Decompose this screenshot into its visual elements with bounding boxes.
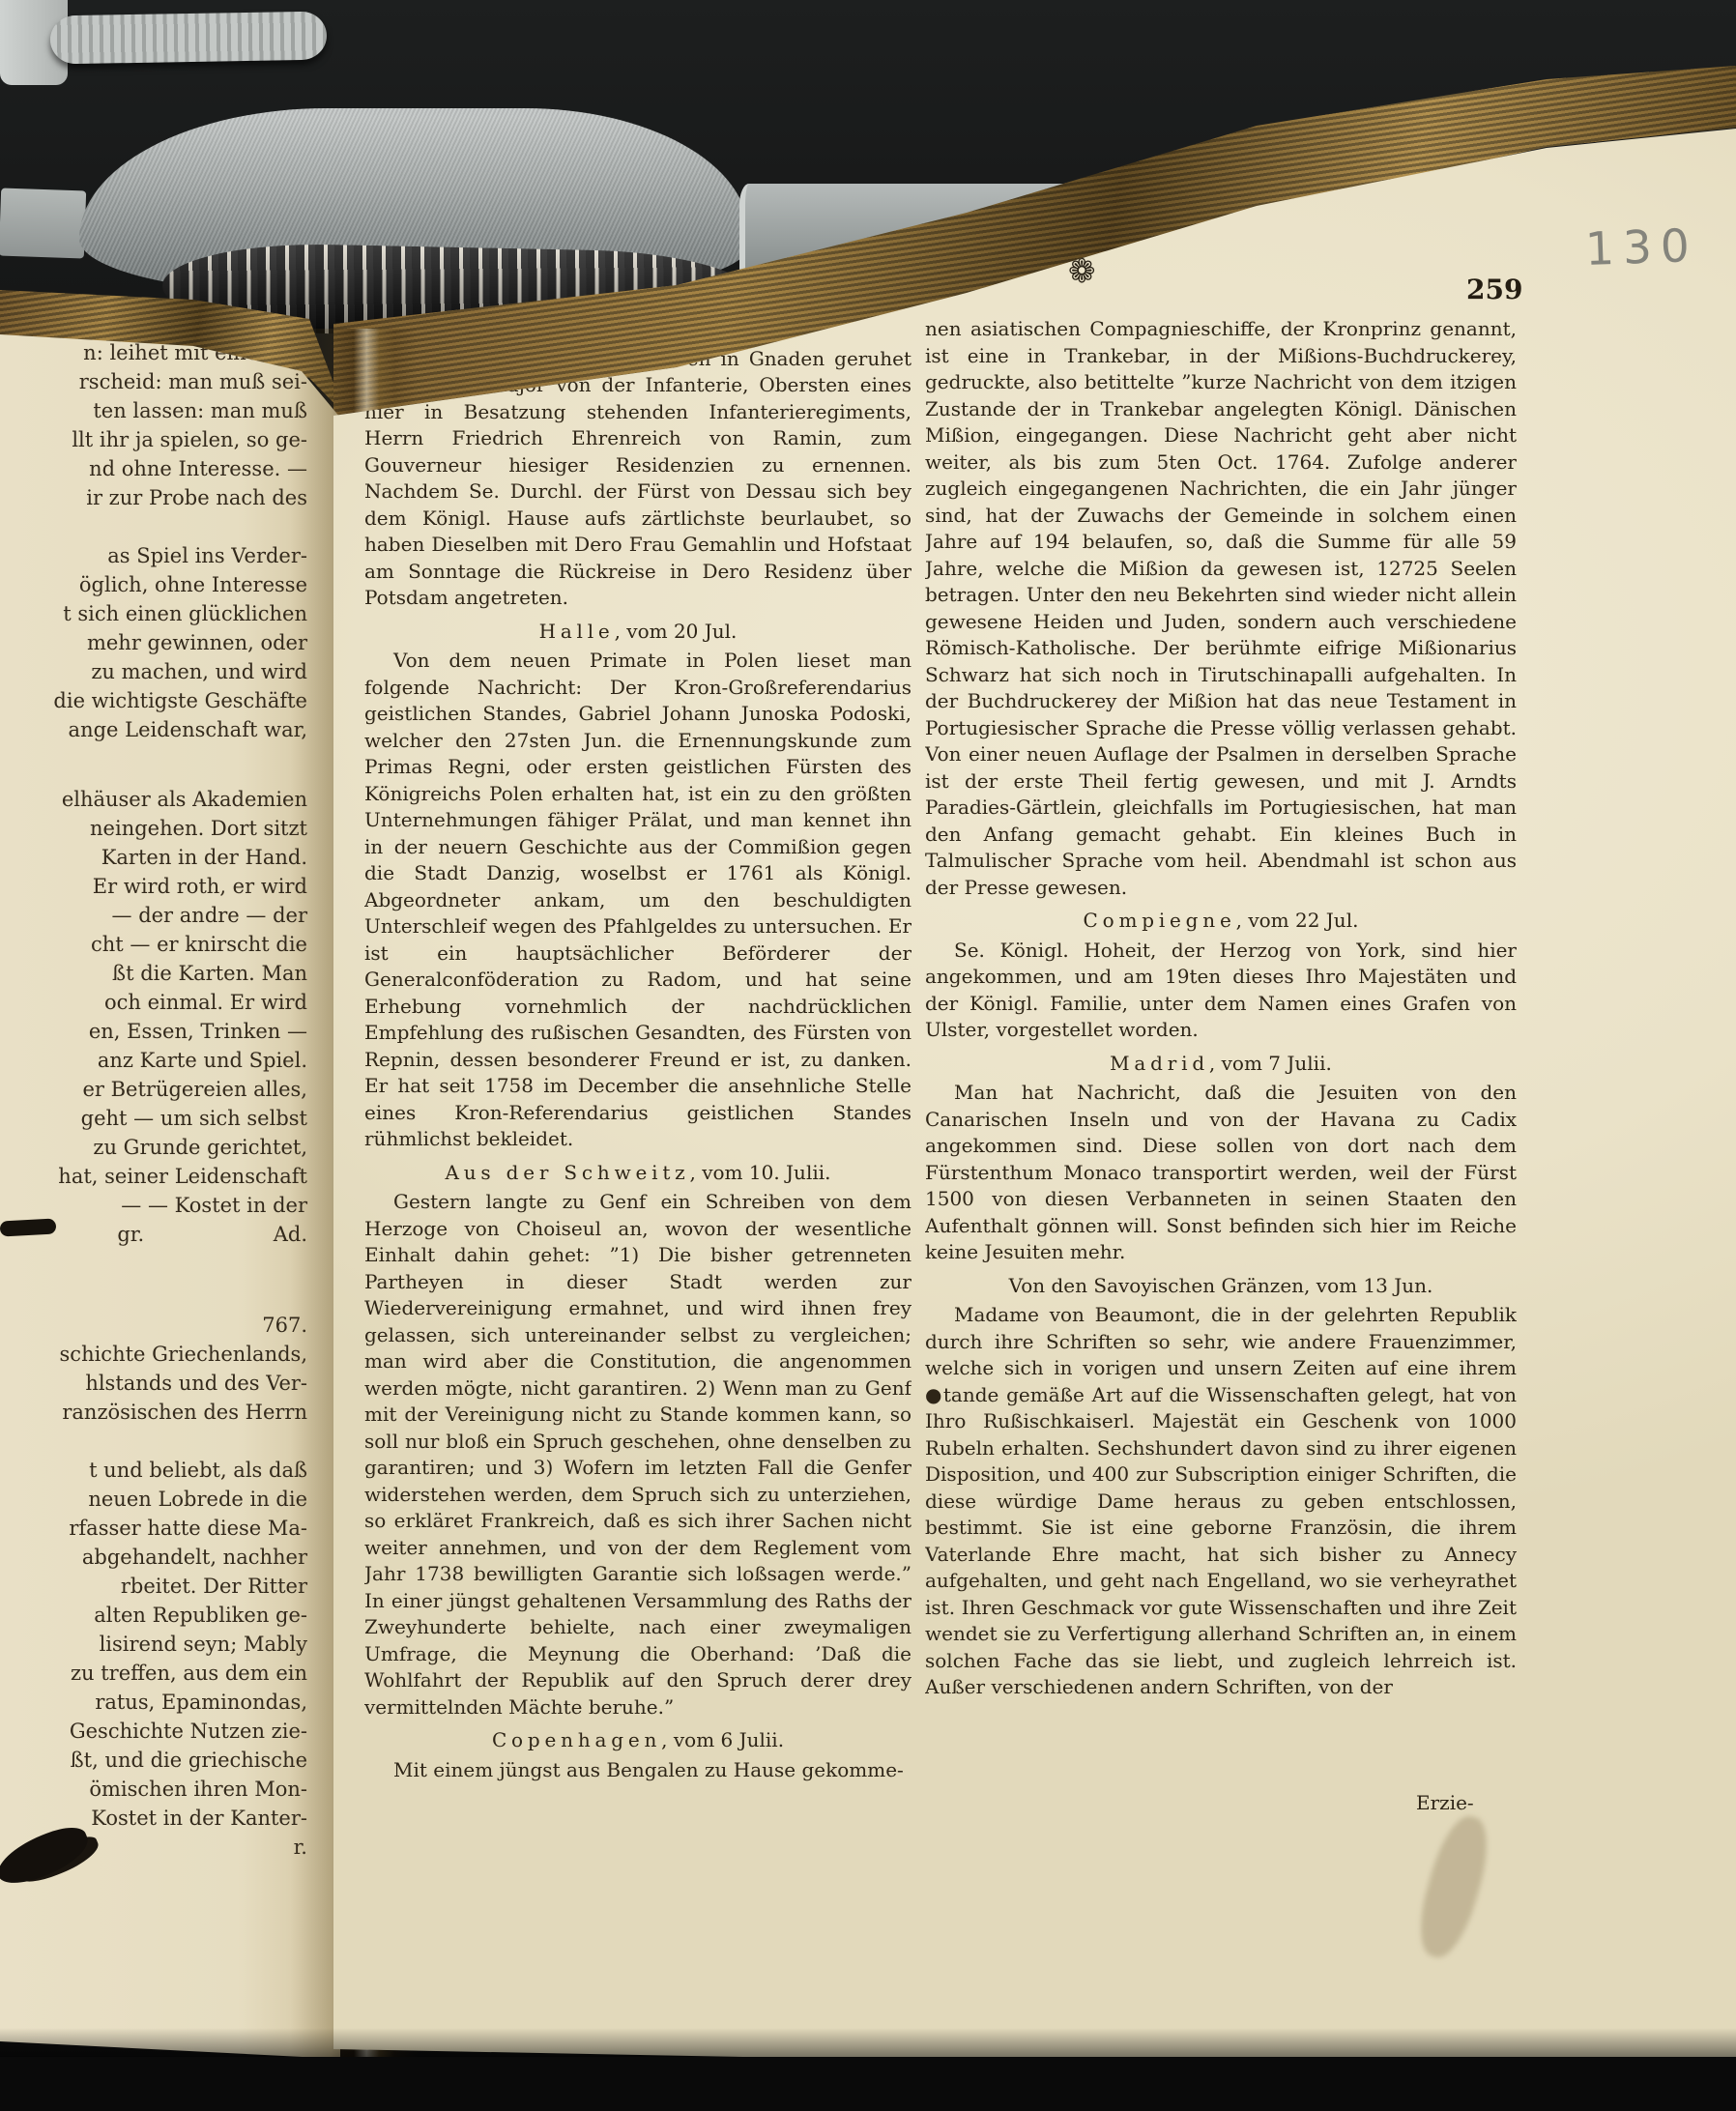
article-paragraph: Madame von Beaumont, die in der gelehrte… xyxy=(925,1302,1517,1701)
article-paragraph: Man hat Nachricht, daß die Jesuiten von … xyxy=(925,1080,1517,1266)
left-page-text-line: Kostet in der Kanter- xyxy=(0,1804,307,1833)
left-page-text-line: ange Leidenschaft war, xyxy=(0,715,307,744)
left-page-text-line: zu machen, und wird xyxy=(0,657,307,686)
article-paragraph: Gestern langte zu Genf ein Schreiben von… xyxy=(364,1189,911,1721)
article-heading: Aus der Schweitz, vom 10. Julii. xyxy=(364,1160,911,1187)
article-heading: Compiegne, vom 22 Jul. xyxy=(925,908,1517,935)
left-page-text-line: 767. xyxy=(0,1311,307,1340)
left-page-text-line: neingehen. Dort sitzt xyxy=(0,814,307,843)
article-heading: Madrid, vom 7 Julii. xyxy=(925,1051,1517,1078)
catchword: Erzie- xyxy=(1416,1791,1474,1814)
left-page-text-line: t und beliebt, als daß xyxy=(0,1456,307,1485)
article-paragraph: Se. Königl. Hoheit, der Herzog von York,… xyxy=(925,938,1517,1044)
left-page-text: n: leihet mit einer gu-rscheid: man muß … xyxy=(0,338,307,1862)
left-page-text-line: en, Essen, Trinken — xyxy=(0,1017,307,1046)
fragment-block: elhäuser als Akademienneingehen. Dort si… xyxy=(0,785,307,1249)
book-strap-stub xyxy=(0,188,86,258)
left-page-text-line: cht — er knirscht die xyxy=(0,930,307,959)
scan-bottom-edge xyxy=(0,2057,1736,2111)
left-page-text-line: öglich, ohne Interesse xyxy=(0,570,307,599)
left-page-text-line: elhäuser als Akademien xyxy=(0,785,307,814)
left-page-text-line xyxy=(0,1427,307,1456)
article-paragraph: nen asiatischen Compagnieschiffe, der Kr… xyxy=(925,316,1517,901)
article-paragraph: Von dem neuen Primate in Polen lieset ma… xyxy=(364,648,911,1153)
left-page-text-line: Er wird roth, er wird xyxy=(0,872,307,901)
left-page-text-line: die wichtigste Geschäfte xyxy=(0,686,307,715)
article-paragraph: Mit einem jüngst aus Bengalen zu Hause g… xyxy=(364,1757,911,1784)
left-page-text-line: ßt, und die griechische xyxy=(0,1746,307,1775)
folio-stamp: 130 xyxy=(1584,219,1699,276)
left-page-text-line: abgehandelt, nachher xyxy=(0,1543,307,1572)
left-page-text-line: anz Karte und Spiel. xyxy=(0,1046,307,1075)
left-page-text-line: ir zur Probe nach des xyxy=(0,483,307,512)
scanner-clamp-bar xyxy=(50,12,328,65)
left-page-text-line: — — Kostet in der xyxy=(0,1191,307,1220)
paper-smudge xyxy=(1409,1810,1497,1964)
left-page-text-line: ranzösischen des Herrn xyxy=(0,1398,307,1427)
left-page-text-line: alten Republiken ge- xyxy=(0,1601,307,1630)
page-bottom-shadow xyxy=(0,2028,1736,2059)
left-page-text-line: ßt die Karten. Man xyxy=(0,959,307,988)
left-page-text-line: ömischen ihren Mon- xyxy=(0,1775,307,1804)
left-page-text-line: rfasser hatte diese Ma- xyxy=(0,1514,307,1543)
left-page-text-line: ratus, Epaminondas, xyxy=(0,1688,307,1717)
book-scan: n: leihet mit einer gu-rscheid: man muß … xyxy=(0,0,1736,2111)
article-heading: Copenhagen, vom 6 Julii. xyxy=(364,1727,911,1754)
text-column-left: Berlin, vom 25 Aug.Se. Majestät, der Kön… xyxy=(364,316,911,1829)
left-page-text-line: zu Grunde gerichtet, xyxy=(0,1133,307,1162)
left-page-text-line: geht — um sich selbst xyxy=(0,1104,307,1133)
left-page-text-line: as Spiel ins Verder- xyxy=(0,541,307,570)
left-page-text-line: neuen Lobrede in die xyxy=(0,1485,307,1514)
left-page-text-line: schichte Griechenlands, xyxy=(0,1340,307,1369)
left-page-text-line: och einmal. Er wird xyxy=(0,988,307,1017)
left-page-text-line: zu treffen, aus dem ein xyxy=(0,1659,307,1688)
left-page-text-line: — der andre — der xyxy=(0,901,307,930)
left-page-text-line: nd ohne Interesse. — xyxy=(0,454,307,483)
left-page-text-line: rscheid: man muß sei- xyxy=(0,367,307,396)
ink-smudge xyxy=(0,1218,56,1236)
left-page-text-line: Karten in der Hand. xyxy=(0,843,307,872)
left-page-text-line: lisirend seyn; Mably xyxy=(0,1630,307,1659)
left-page: n: leihet mit einer gu-rscheid: man muß … xyxy=(0,329,340,2068)
left-page-text-line: hat, seiner Leidenschaft xyxy=(0,1162,307,1191)
left-page-text-line: ten lassen: man muß xyxy=(0,396,307,425)
left-page-text-line xyxy=(0,512,307,541)
article-heading: Halle, vom 20 Jul. xyxy=(364,619,911,646)
left-page-text-line: rbeitet. Der Ritter xyxy=(0,1572,307,1601)
text-column-right: nen asiatischen Compagnieschiffe, der Kr… xyxy=(925,316,1517,1829)
left-page-text-line: llt ihr ja spielen, so ge- xyxy=(0,425,307,454)
article-heading: Von den Savoyischen Gränzen, vom 13 Jun. xyxy=(925,1273,1517,1300)
page-number: 259 xyxy=(1466,274,1522,305)
left-page-text-line: mehr gewinnen, oder xyxy=(0,628,307,657)
left-page-text-line: Geschichte Nutzen zie- xyxy=(0,1717,307,1746)
fragment-block: 767.schichte Griechenlands,hlstands und … xyxy=(0,1311,307,1862)
fragment-block: n: leihet mit einer gu-rscheid: man muß … xyxy=(0,338,307,744)
left-page-text-line: hlstands und des Ver- xyxy=(0,1369,307,1398)
left-page-text-line: t sich einen glücklichen xyxy=(0,599,307,628)
left-page-text-line: er Betrügereien alles, xyxy=(0,1075,307,1104)
